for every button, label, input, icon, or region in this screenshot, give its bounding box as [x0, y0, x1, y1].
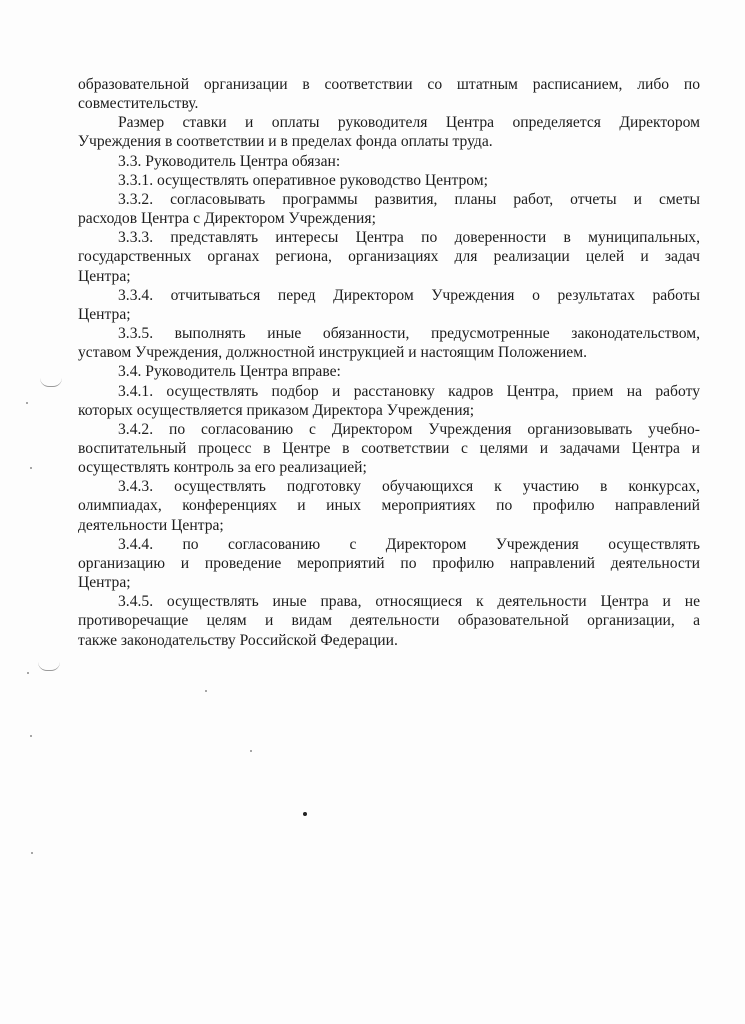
document-line: 3.3.2. согласовывать программы развития,…: [78, 190, 700, 209]
scanned-page: образовательной организации в соответств…: [0, 0, 745, 1024]
punch-hole-mark-top: [40, 378, 62, 387]
document-line: 3.3.1. осуществлять оперативное руководс…: [78, 171, 700, 190]
document-body: образовательной организации в соответств…: [78, 75, 700, 650]
scan-dot: [303, 812, 307, 816]
document-line: Центра;: [78, 573, 700, 592]
document-line: противоречащие целям и видам деятельност…: [78, 611, 700, 630]
scan-speck: [30, 735, 32, 737]
document-line: также законодательству Российской Федера…: [78, 631, 700, 650]
document-line: 3.4.4. по согласованию с Директором Учре…: [78, 535, 700, 554]
document-line: Размер ставки и оплаты руководителя Цент…: [78, 113, 700, 132]
document-line: осуществлять контроль за его реализацией…: [78, 458, 700, 477]
punch-hole-mark-bottom: [38, 662, 60, 671]
document-line: олимпиадах, конференциях и иных мероприя…: [78, 496, 700, 515]
document-line: 3.3. Руководитель Центра обязан:: [78, 152, 700, 171]
document-line: деятельности Центра;: [78, 516, 700, 535]
scan-speck: [31, 852, 33, 854]
document-line: Центра;: [78, 267, 700, 286]
scan-speck: [205, 690, 207, 692]
document-line: 3.3.5. выполнять иные обязанности, преду…: [78, 324, 700, 343]
document-line: 3.4.5. осуществлять иные права, относящи…: [78, 592, 700, 611]
document-line: совместительству.: [78, 94, 700, 113]
scan-speck: [26, 402, 28, 404]
document-line: 3.4.1. осуществлять подбор и расстановку…: [78, 382, 700, 401]
document-line: 3.4. Руководитель Центра вправе:: [78, 362, 700, 381]
document-line: Центра;: [78, 305, 700, 324]
document-line: воспитательный процесс в Центре в соотве…: [78, 439, 700, 458]
document-line: государственных органах региона, организ…: [78, 247, 700, 266]
scan-speck: [250, 750, 252, 752]
scan-speck: [27, 672, 29, 674]
document-line: уставом Учреждения, должностной инструкц…: [78, 343, 700, 362]
document-line: 3.3.4. отчитываться перед Директором Учр…: [78, 286, 700, 305]
document-line: Учреждения в соответствии и в пределах ф…: [78, 132, 700, 151]
document-line: организацию и проведение мероприятий по …: [78, 554, 700, 573]
document-line: 3.3.3. представлять интересы Центра по д…: [78, 228, 700, 247]
document-line: образовательной организации в соответств…: [78, 75, 700, 94]
document-line: 3.4.2. по согласованию с Директором Учре…: [78, 420, 700, 439]
document-line: которых осуществляется приказом Директор…: [78, 401, 700, 420]
scan-speck: [30, 467, 32, 469]
document-line: расходов Центра с Директором Учреждения;: [78, 209, 700, 228]
document-line: 3.4.3. осуществлять подготовку обучающих…: [78, 477, 700, 496]
